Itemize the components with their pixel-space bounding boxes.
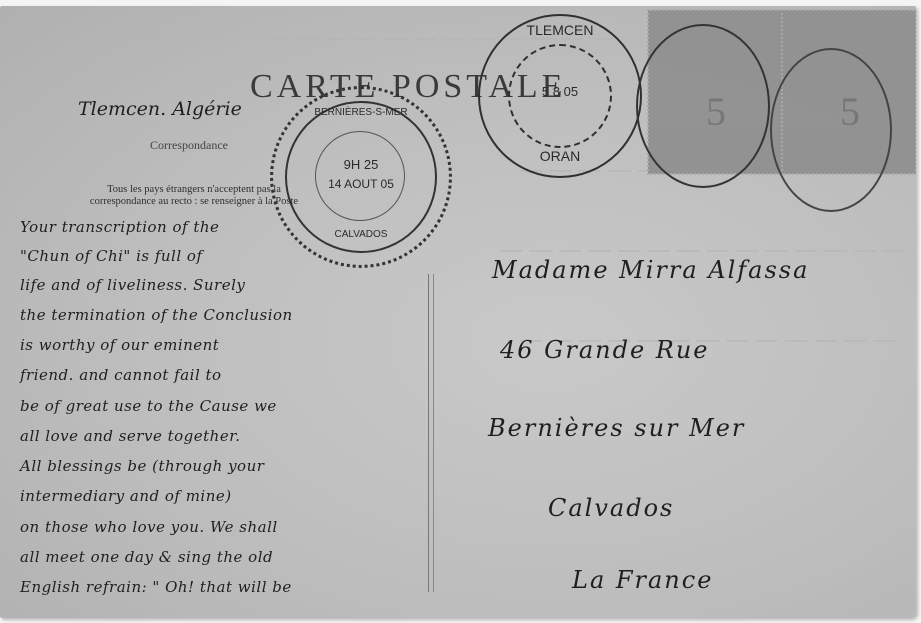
postmark-region: ORAN (480, 148, 640, 164)
postmark-region: CALVADOS (273, 229, 449, 240)
address-country: La France (572, 566, 713, 594)
message-line: intermediary and of mine) (20, 487, 232, 505)
message-line: be of great use to the Cause we (20, 397, 277, 415)
address-recipient: Madame Mirra Alfassa (492, 256, 809, 284)
postcard: — — — — — — — — — — — — — — — — — — — — … (0, 6, 916, 618)
postmark-tlemcen: TLEMCEN 5 8 05 ORAN (478, 14, 642, 178)
postmark-date: 14 AOUT 05 (273, 177, 449, 191)
message-line: is worthy of our eminent (20, 336, 219, 354)
postmark-date: 5 8 05 (480, 84, 640, 99)
message-line: life and of liveliness. Surely (20, 276, 245, 294)
handwritten-place: Tlemcen. Algérie (78, 98, 242, 120)
message-line: on those who love you. We shall (20, 518, 278, 536)
address-street: 46 Grande Rue (500, 336, 710, 364)
message-line: friend. and cannot fail to (20, 366, 222, 384)
message-line: all love and serve together. (20, 427, 240, 445)
message-line: All blessings be (through your (20, 457, 264, 475)
postmark-time: 9H 25 (273, 157, 449, 172)
correspondence-label: Correspondance (150, 138, 228, 153)
address-department: Calvados (548, 494, 674, 522)
message-line: the termination of the Conclusion (20, 306, 293, 324)
message-line: all meet one day & sing the old (20, 548, 273, 566)
postmark-bernieres: BERNIÈRES-S-MER 9H 25 14 AOUT 05 CALVADO… (270, 86, 452, 268)
message-line: Your transcription of the (20, 218, 219, 236)
stamp-cancellation (770, 48, 892, 212)
center-divider (428, 274, 434, 592)
message-line: English refrain: " Oh! that will be (20, 578, 292, 596)
postmark-town: TLEMCEN (480, 22, 640, 38)
postmark-town: BERNIÈRES-S-MER (273, 107, 449, 118)
postmark-inner-ring (315, 131, 405, 221)
address-town: Bernières sur Mer (488, 414, 745, 442)
message-line: "Chun of Chi" is full of (20, 247, 203, 265)
stamp-cancellation (636, 24, 770, 188)
